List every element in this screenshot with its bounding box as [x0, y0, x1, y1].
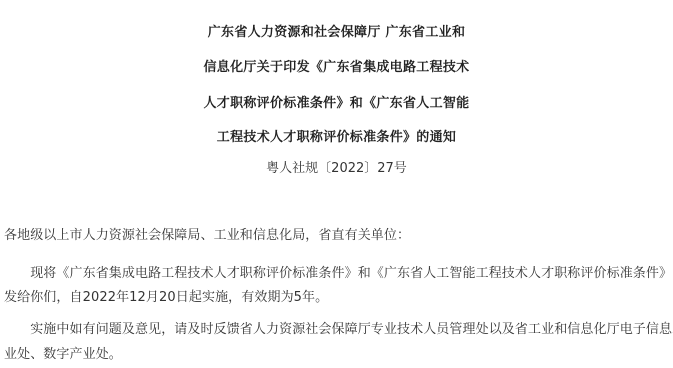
paragraph-2-line-1: 实施中如有问题及意见，请及时反馈省人力资源社会保障厅专业技术人员管理处以及省工业…	[4, 318, 671, 337]
salutation: 各地级以上市人力资源社会保障局、工业和信息化局，省直有关单位：	[4, 224, 671, 243]
title-line-1: 广东省人力资源和社会保障厅 广东省工业和	[0, 21, 673, 40]
document-number: 粤人社规〔2022〕27号	[0, 157, 673, 176]
title-line-4: 工程技术人才职称评价标准条件》的通知	[0, 126, 673, 145]
title-line-2: 信息化厅关于印发《广东省集成电路工程技术	[0, 56, 673, 75]
paragraph-1-line-2: 发给你们，自2022年12月20日起实施，有效期为5年。	[4, 286, 671, 305]
paragraph-1-line-1: 现将《广东省集成电路工程技术人才职称评价标准条件》和《广东省人工智能工程技术人才…	[4, 262, 671, 281]
title-line-3: 人才职称评价标准条件》和《广东省人工智能	[0, 92, 673, 111]
paragraph-2-line-2: 业处、数字产业处。	[4, 343, 671, 362]
